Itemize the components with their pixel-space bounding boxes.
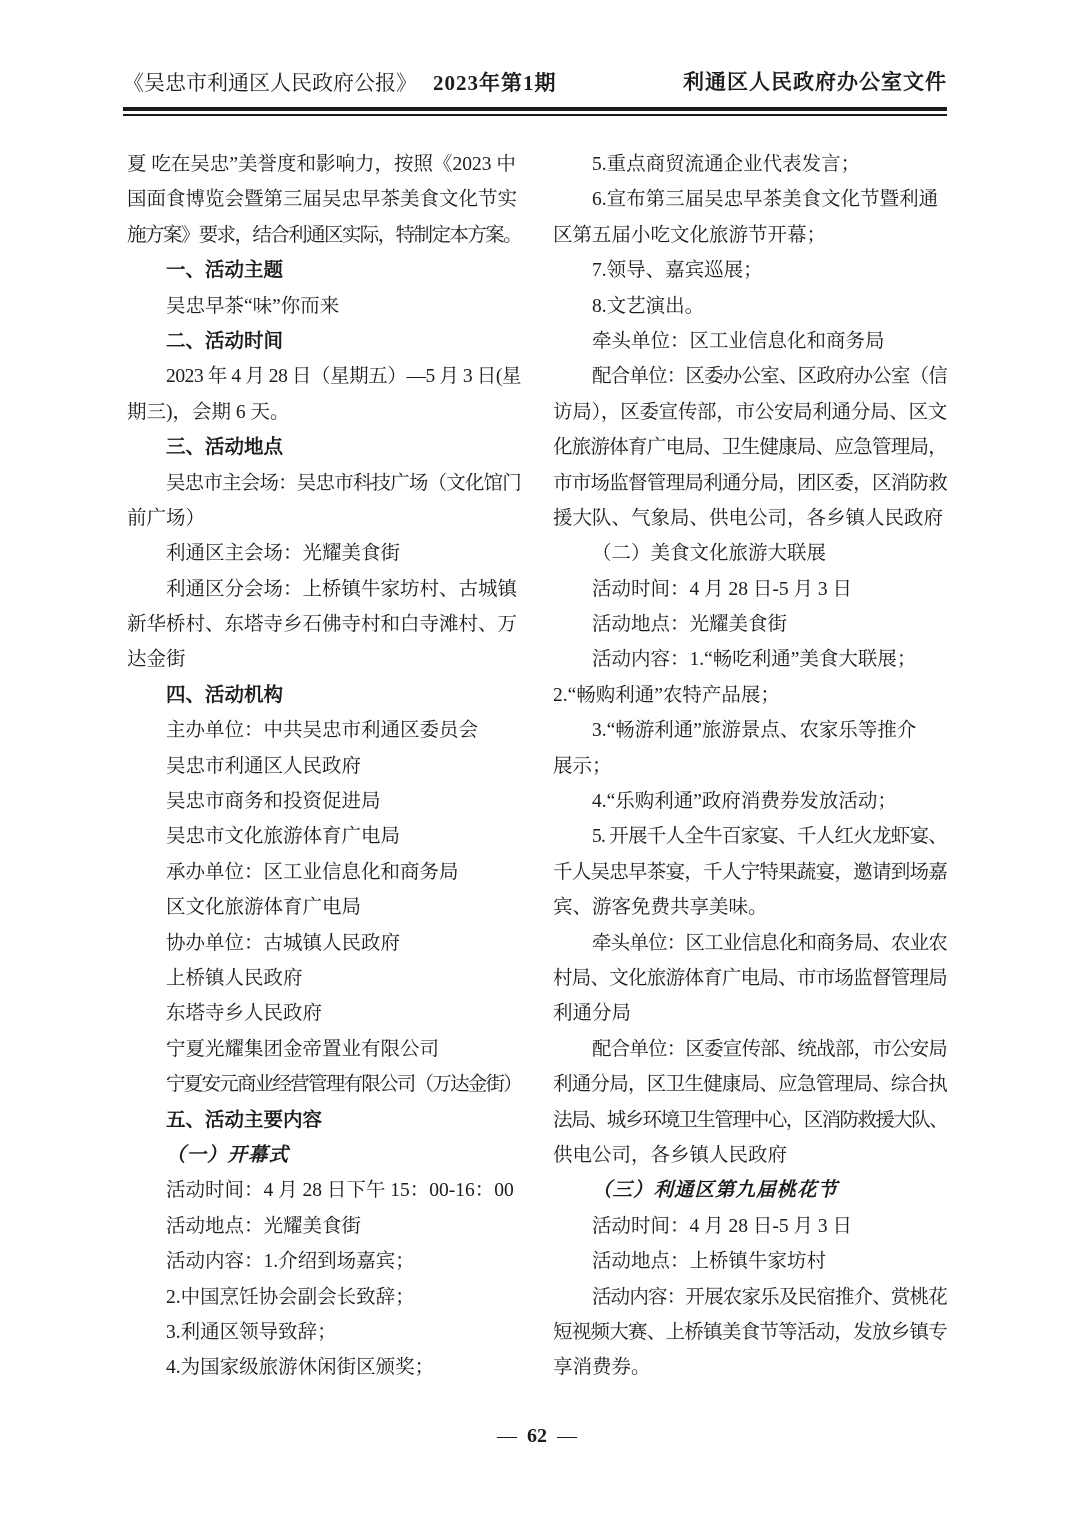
line-text: 2.“畅购利通”农特产品展； — [553, 685, 780, 706]
line-text: 化旅游体育广电局、卫生健康局、应急管理局， — [553, 437, 947, 458]
text-line: 宁夏光耀集团金帝置业有限公司 — [127, 1032, 521, 1067]
section-heading-line: 三、活动地点 — [127, 430, 521, 465]
line-text: 2023 年 4 月 28 日（星期五）—5 月 3 日(星 — [166, 366, 521, 387]
line-text: 新华桥村、东塔寺乡石佛寺村和白寺滩村、万 — [127, 614, 517, 635]
line-text: 活动地点：光耀美食街 — [592, 614, 787, 635]
line-text: 主办单位：中共吴忠市利通区委员会 — [166, 720, 478, 741]
text-line: 利通区主会场：光耀美食街 — [127, 536, 521, 571]
text-line: （二）美食文化旅游大联展 — [553, 536, 947, 571]
line-text: 展示； — [553, 756, 612, 777]
text-line: 活动内容：开展农家乐及民宿推介、赏桃花 — [553, 1280, 947, 1315]
line-text: 活动地点：上桥镇牛家坊村 — [592, 1251, 826, 1272]
text-line: 吴忠市文化旅游体育广电局 — [127, 819, 521, 854]
text-line: 活动内容：1.介绍到场嘉宾； — [127, 1244, 521, 1279]
line-text: 牵头单位：区工业信息化和商务局 — [592, 331, 885, 352]
text-line: 展示； — [553, 749, 947, 784]
header-left: 《吴忠市利通区人民政府公报》2023年第1期 — [123, 68, 557, 98]
text-line: 国面食博览会暨第三届吴忠早茶美食文化节实 — [127, 182, 521, 217]
text-line: 牵头单位：区工业信息化和商务局 — [553, 324, 947, 359]
line-text: 配合单位：区委宣传部、统战部，市公安局 — [592, 1039, 947, 1060]
document-body: 夏 吃在吴忠”美誉度和影响力，按照《2023 中国面食博览会暨第三届吴忠早茶美食… — [127, 147, 947, 1386]
text-line: 施方案》要求，结合利通区实际，特制定本方案。 — [127, 218, 521, 253]
section-heading-line: 四、活动机构 — [127, 678, 521, 713]
line-text: 利通分局，区卫生健康局、应急管理局、综合执 — [553, 1074, 947, 1095]
text-line: 4.“乐购利通”政府消费券发放活动； — [553, 784, 947, 819]
text-line: 活动内容：1.“畅吃利通”美食大联展； — [553, 642, 947, 677]
text-line: 千人吴忠早茶宴，千人宁特果蔬宴，邀请到场嘉 — [553, 855, 947, 890]
text-line: 上桥镇人民政府 — [127, 961, 521, 996]
text-line: 牵头单位：区工业信息化和商务局、农业农 — [553, 926, 947, 961]
text-line: 承办单位：区工业信息化和商务局 — [127, 855, 521, 890]
line-text: 援大队、气象局、供电公司，各乡镇人民政府 — [553, 508, 943, 529]
gazette-issue: 2023年第1期 — [433, 71, 557, 95]
line-text: 达金街 — [127, 649, 186, 670]
text-line: 法局、城乡环境卫生管理中心，区消防救援大队、 — [553, 1103, 947, 1138]
text-line: 供电公司，各乡镇人民政府 — [553, 1138, 947, 1173]
line-text: 4.“乐购利通”政府消费券发放活动； — [592, 791, 897, 812]
text-line: 吴忠市商务和投资促进局 — [127, 784, 521, 819]
footer-dash-left: — — [497, 1425, 517, 1447]
document-page: 《吴忠市利通区人民政府公报》2023年第1期 利通区人民政府办公室文件 夏 吃在… — [0, 0, 1074, 1520]
text-line: 吴忠市主会场：吴忠市科技广场（文化馆门 — [127, 466, 521, 501]
line-text: 法局、城乡环境卫生管理中心，区消防救援大队、 — [553, 1110, 947, 1131]
line-text: 吴忠市主会场：吴忠市科技广场（文化馆门 — [166, 473, 521, 494]
footer-dash-right: — — [557, 1425, 577, 1447]
line-text: 活动内容：开展农家乐及民宿推介、赏桃花 — [592, 1287, 947, 1308]
line-text: 市市场监督管理局利通分局，团区委，区消防救 — [553, 473, 947, 494]
line-text: （二）美食文化旅游大联展 — [592, 543, 826, 564]
line-text: 利通区主会场：光耀美食街 — [166, 543, 400, 564]
right-column: 5.重点商贸流通企业代表发言；6.宣布第三届吴忠早茶美食文化节暨利通区第五届小吃… — [553, 147, 947, 1386]
line-text: 国面食博览会暨第三届吴忠早茶美食文化节实 — [127, 189, 517, 210]
text-line: 主办单位：中共吴忠市利通区委员会 — [127, 713, 521, 748]
line-text: 东塔寺乡人民政府 — [166, 1003, 322, 1024]
text-line: 5. 开展千人全牛百家宴、千人红火龙虾宴、 — [553, 819, 947, 854]
text-line: 期三)，会期 6 天。 — [127, 395, 521, 430]
line-text: 2.中国烹饪协会副会长致辞； — [166, 1287, 415, 1308]
line-text: 宁夏安元商业经营管理有限公司（万达金街） — [166, 1074, 521, 1095]
text-line: 夏 吃在吴忠”美誉度和影响力，按照《2023 中 — [127, 147, 521, 182]
text-line: 东塔寺乡人民政府 — [127, 996, 521, 1031]
line-text: 村局、文化旅游体育广电局、市市场监督管理局 — [553, 968, 947, 989]
subsection-heading-line: （一）开幕式 — [127, 1138, 521, 1173]
text-line: 区第五届小吃文化旅游节开幕； — [553, 218, 947, 253]
text-line: 访局），区委宣传部，市公安局利通分局、区文 — [553, 395, 947, 430]
line-text: 供电公司，各乡镇人民政府 — [553, 1145, 787, 1166]
text-line: 协办单位：古城镇人民政府 — [127, 926, 521, 961]
line-text: 区文化旅游体育广电局 — [166, 897, 361, 918]
line-text: 活动内容：1.“畅吃利通”美食大联展； — [592, 649, 916, 670]
section-heading-line: 二、活动时间 — [127, 324, 521, 359]
line-text: 活动时间：4 月 28 日-5 月 3 日 — [592, 579, 852, 600]
text-line: 7.领导、嘉宾巡展； — [553, 253, 947, 288]
line-text: 吴忠市商务和投资促进局 — [166, 791, 381, 812]
line-text: 期三)，会期 6 天。 — [127, 402, 290, 423]
line-text: 宁夏光耀集团金帝置业有限公司 — [166, 1039, 439, 1060]
text-line: 活动地点：上桥镇牛家坊村 — [553, 1244, 947, 1279]
line-text: 五、活动主要内容 — [166, 1109, 322, 1131]
line-text: 宾、游客免费共享美味。 — [553, 897, 768, 918]
line-text: 7.领导、嘉宾巡展； — [592, 260, 763, 281]
text-line: 宁夏安元商业经营管理有限公司（万达金街） — [127, 1067, 521, 1102]
text-line: 3.利通区领导致辞； — [127, 1315, 521, 1350]
line-text: 吴忠早茶“味”你而来 — [166, 296, 339, 317]
text-line: 8.文艺演出。 — [553, 289, 947, 324]
line-text: 5.重点商贸流通企业代表发言； — [592, 154, 860, 175]
text-line: 6.宣布第三届吴忠早茶美食文化节暨利通 — [553, 182, 947, 217]
gazette-title: 《吴忠市利通区人民政府公报》 — [123, 71, 417, 95]
line-text: 施方案》要求，结合利通区实际，特制定本方案。 — [127, 225, 521, 246]
line-text: 配合单位：区委办公室、区政府办公室（信 — [592, 366, 947, 387]
text-line: 吴忠市利通区人民政府 — [127, 749, 521, 784]
text-line: 配合单位：区委办公室、区政府办公室（信 — [553, 359, 947, 394]
text-line: 享消费券。 — [553, 1350, 947, 1385]
line-text: 利通区分会场：上桥镇牛家坊村、古城镇 — [166, 579, 517, 600]
line-text: 上桥镇人民政府 — [166, 968, 303, 989]
text-line: 3.“畅游利通”旅游景点、农家乐等推介 — [553, 713, 947, 748]
line-text: 3.“畅游利通”旅游景点、农家乐等推介 — [592, 720, 916, 741]
text-line: 利通区分会场：上桥镇牛家坊村、古城镇 — [127, 572, 521, 607]
line-text: 活动地点：光耀美食街 — [166, 1216, 361, 1237]
line-text: 一、活动主题 — [166, 259, 283, 281]
line-text: 8.文艺演出。 — [592, 296, 704, 317]
text-line: 活动时间：4 月 28 日-5 月 3 日 — [553, 572, 947, 607]
text-line: 利通分局 — [553, 996, 947, 1031]
text-line: 宾、游客免费共享美味。 — [553, 890, 947, 925]
text-line: 5.重点商贸流通企业代表发言； — [553, 147, 947, 182]
office-document-label: 利通区人民政府办公室文件 — [683, 68, 947, 98]
page-number: 62 — [527, 1425, 547, 1447]
line-text: 协办单位：古城镇人民政府 — [166, 933, 400, 954]
section-heading-line: 五、活动主要内容 — [127, 1103, 521, 1138]
line-text: 活动时间：4 月 28 日-5 月 3 日 — [592, 1216, 852, 1237]
text-line: 村局、文化旅游体育广电局、市市场监督管理局 — [553, 961, 947, 996]
line-text: （一）开幕式 — [166, 1145, 289, 1166]
header-divider-rule — [123, 107, 947, 116]
text-line: 利通分局，区卫生健康局、应急管理局、综合执 — [553, 1067, 947, 1102]
subsection-heading-line: （三）利通区第九届桃花节 — [553, 1173, 947, 1208]
text-line: 2.中国烹饪协会副会长致辞； — [127, 1280, 521, 1315]
line-text: 活动时间：4 月 28 日下午 15：00-16：00 — [166, 1180, 514, 1201]
text-line: 配合单位：区委宣传部、统战部，市公安局 — [553, 1032, 947, 1067]
line-text: 夏 吃在吴忠”美誉度和影响力，按照《2023 中 — [127, 154, 516, 175]
text-line: 前广场） — [127, 501, 521, 536]
text-line: 活动时间：4 月 28 日下午 15：00-16：00 — [127, 1173, 521, 1208]
text-line: 新华桥村、东塔寺乡石佛寺村和白寺滩村、万 — [127, 607, 521, 642]
line-text: 5. 开展千人全牛百家宴、千人红火龙虾宴、 — [592, 826, 947, 847]
text-line: 区文化旅游体育广电局 — [127, 890, 521, 925]
line-text: 利通分局 — [553, 1003, 631, 1024]
line-text: 访局），区委宣传部，市公安局利通分局、区文 — [553, 402, 947, 423]
text-line: 市市场监督管理局利通分局，团区委，区消防救 — [553, 466, 947, 501]
line-text: 二、活动时间 — [166, 330, 283, 352]
page-footer: —62— — [0, 1420, 1074, 1452]
text-line: 短视频大赛、上桥镇美食节等活动，发放乡镇专 — [553, 1315, 947, 1350]
page-header: 《吴忠市利通区人民政府公报》2023年第1期 利通区人民政府办公室文件 — [123, 68, 947, 98]
text-line: 吴忠早茶“味”你而来 — [127, 289, 521, 324]
text-line: 2.“畅购利通”农特产品展； — [553, 678, 947, 713]
text-line: 化旅游体育广电局、卫生健康局、应急管理局， — [553, 430, 947, 465]
line-text: 吴忠市文化旅游体育广电局 — [166, 826, 400, 847]
line-text: 4.为国家级旅游休闲街区颁奖； — [166, 1357, 434, 1378]
line-text: （三）利通区第九届桃花节 — [592, 1180, 838, 1201]
line-text: 四、活动机构 — [166, 684, 283, 706]
line-text: 活动内容：1.介绍到场嘉宾； — [166, 1251, 415, 1272]
text-line: 活动时间：4 月 28 日-5 月 3 日 — [553, 1209, 947, 1244]
line-text: 三、活动地点 — [166, 436, 283, 458]
left-column: 夏 吃在吴忠”美誉度和影响力，按照《2023 中国面食博览会暨第三届吴忠早茶美食… — [127, 147, 521, 1386]
line-text: 吴忠市利通区人民政府 — [166, 756, 361, 777]
text-line: 达金街 — [127, 642, 521, 677]
line-text: 千人吴忠早茶宴，千人宁特果蔬宴，邀请到场嘉 — [553, 862, 947, 883]
line-text: 区第五届小吃文化旅游节开幕； — [553, 225, 826, 246]
line-text: 前广场） — [127, 508, 205, 529]
text-line: 4.为国家级旅游休闲街区颁奖； — [127, 1350, 521, 1385]
section-heading-line: 一、活动主题 — [127, 253, 521, 288]
line-text: 6.宣布第三届吴忠早茶美食文化节暨利通 — [592, 189, 938, 210]
text-line: 活动地点：光耀美食街 — [127, 1209, 521, 1244]
line-text: 享消费券。 — [553, 1357, 651, 1378]
line-text: 短视频大赛、上桥镇美食节等活动，发放乡镇专 — [553, 1322, 947, 1343]
text-line: 活动地点：光耀美食街 — [553, 607, 947, 642]
line-text: 承办单位：区工业信息化和商务局 — [166, 862, 459, 883]
text-line: 2023 年 4 月 28 日（星期五）—5 月 3 日(星 — [127, 359, 521, 394]
line-text: 牵头单位：区工业信息化和商务局、农业农 — [592, 933, 947, 954]
line-text: 3.利通区领导致辞； — [166, 1322, 337, 1343]
text-line: 援大队、气象局、供电公司，各乡镇人民政府 — [553, 501, 947, 536]
